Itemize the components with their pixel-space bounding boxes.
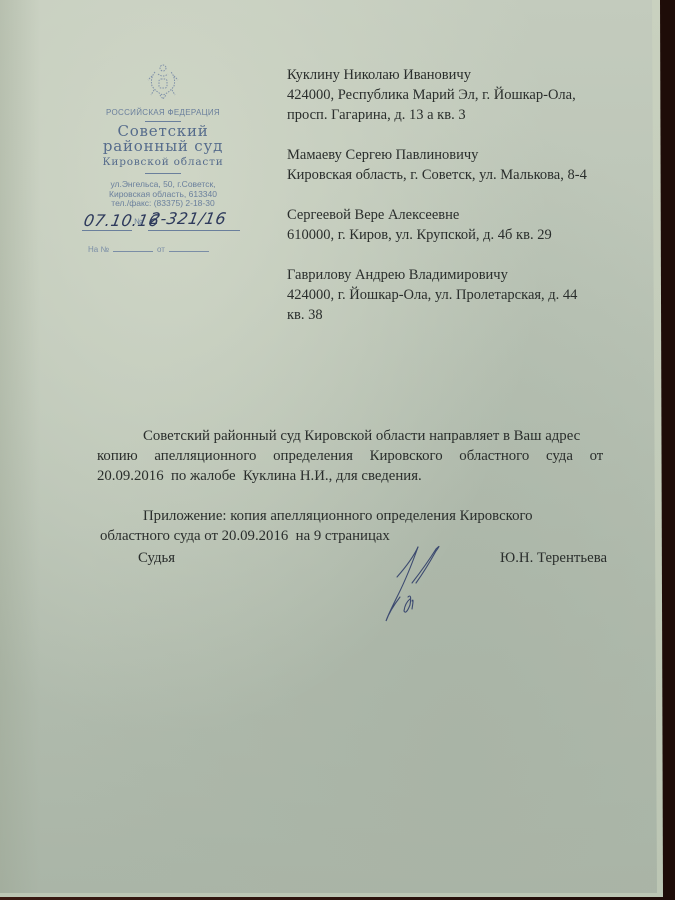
coat-of-arms-icon (146, 62, 180, 100)
handwritten-signature-icon (360, 535, 460, 630)
recipient-address-line: 610000, г. Киров, ул. Крупской, д. 4б кв… (287, 225, 647, 245)
court-stamp: РОССИЙСКАЯ ФЕДЕРАЦИЯ Советский районный … (78, 62, 248, 254)
signatory-title: Судья (138, 550, 175, 567)
recipient-address-line: кв. 38 (287, 305, 647, 325)
number-label: № (134, 217, 143, 226)
recipient-name: Сергеевой Вере Алексеевне (287, 205, 647, 225)
reply-ref-from-blank (169, 251, 209, 252)
attachment-line: Приложение: копия апелляционного определ… (97, 506, 582, 526)
attachment-note: Приложение: копия апелляционного определ… (97, 506, 582, 546)
reply-reference: На №от (78, 245, 248, 254)
stamp-court-name-line2: районный суд (78, 139, 248, 154)
letter-body: Советский районный суд Кировской области… (97, 426, 582, 546)
recipient-name: Мамаеву Сергею Павлиновичу (287, 145, 647, 165)
stamp-region: Кировской области (78, 156, 248, 168)
recipient: Куклину Николаю Ивановичу 424000, Респуб… (287, 65, 647, 125)
paper-shadow (0, 0, 40, 900)
attachment-line: областного суда от 20.09.2016 на 9 стран… (97, 526, 582, 546)
paragraph-line: копию апелляционного определения Кировск… (97, 446, 582, 466)
recipient-address-line: 424000, г. Йошкар-Ола, ул. Пролетарская,… (287, 285, 647, 305)
reply-ref-from-label: от (157, 245, 165, 254)
recipient: Сергеевой Вере Алексеевне 610000, г. Кир… (287, 205, 647, 245)
outgoing-number: 2-321/16 (148, 209, 228, 228)
number-underline (148, 230, 240, 231)
recipient-address-line: Кировская область, г. Советск, ул. Мальк… (287, 165, 647, 185)
reply-ref-no-label: На № (88, 245, 109, 254)
stamp-outgoing-reference: 07.10.16 № 2-321/16 (78, 211, 248, 233)
recipient: Мамаеву Сергею Павлиновичу Кировская обл… (287, 145, 647, 185)
signatory-name: Ю.Н. Терентьева (500, 550, 607, 567)
recipients-block: Куклину Николаю Ивановичу 424000, Респуб… (287, 65, 647, 345)
recipient-name: Куклину Николаю Ивановичу (287, 65, 647, 85)
recipient-address-line: просп. Гагарина, д. 13 а кв. 3 (287, 105, 647, 125)
recipient-address-line: 424000, Республика Марий Эл, г. Йошкар-О… (287, 85, 647, 105)
recipient-name: Гаврилову Андрею Владимировичу (287, 265, 647, 285)
date-underline (82, 230, 132, 231)
paragraph-line: Советский районный суд Кировской области… (97, 426, 582, 446)
stamp-country: РОССИЙСКАЯ ФЕДЕРАЦИЯ (78, 108, 248, 117)
main-paragraph: Советский районный суд Кировской области… (97, 426, 582, 486)
paragraph-line: 20.09.2016 по жалобе Куклина Н.И., для с… (97, 466, 582, 486)
reply-ref-no-blank (113, 251, 153, 252)
stamp-divider (145, 173, 181, 174)
stamp-address-line: тел./факс: (83375) 2-18-30 (78, 199, 248, 209)
recipient: Гаврилову Андрею Владимировичу 424000, г… (287, 265, 647, 325)
